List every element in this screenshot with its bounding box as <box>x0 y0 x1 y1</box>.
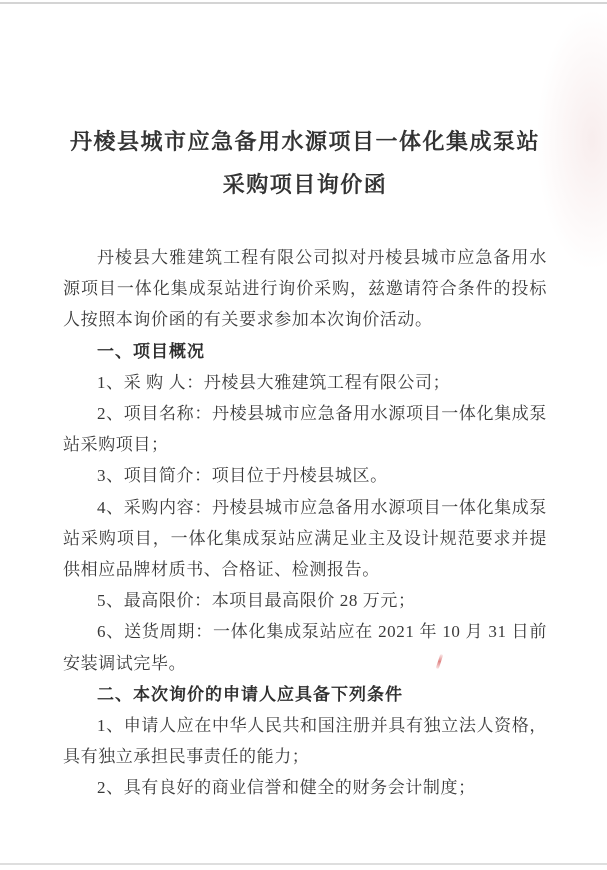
intro-paragraph: 丹棱县大雅建筑工程有限公司拟对丹棱县城市应急备用水源项目一体化集成泵站进行询价采… <box>63 242 547 336</box>
section2-heading: 二、本次询价的申请人应具备下列条件 <box>63 679 547 710</box>
section1-item-purchaser: 1、采 购 人：丹棱县大雅建筑工程有限公司； <box>63 367 547 398</box>
scan-smudge-artifact <box>537 10 607 270</box>
section1-item-project-name: 2、项目名称：丹棱县城市应急备用水源项目一体化集成泵站采购项目； <box>63 398 547 460</box>
section2-item-credit-finance: 2、具有良好的商业信誉和健全的财务会计制度； <box>63 772 547 803</box>
document-content: 丹棱县城市应急备用水源项目一体化集成泵站 采购项目询价函 丹棱县大雅建筑工程有限… <box>63 0 547 804</box>
section1-item-project-intro: 3、项目简介：项目位于丹棱县城区。 <box>63 460 547 491</box>
section1-heading: 一、项目概况 <box>63 336 547 367</box>
scan-edge-bottom <box>0 863 607 865</box>
scanned-document-page: 丹棱县城市应急备用水源项目一体化集成泵站 采购项目询价函 丹棱县大雅建筑工程有限… <box>0 0 607 870</box>
document-title-line1: 丹棱县城市应急备用水源项目一体化集成泵站 <box>63 120 547 163</box>
document-title-line2: 采购项目询价函 <box>63 163 547 206</box>
document-body: 丹棱县大雅建筑工程有限公司拟对丹棱县城市应急备用水源项目一体化集成泵站进行询价采… <box>63 242 547 804</box>
document-title: 丹棱县城市应急备用水源项目一体化集成泵站 采购项目询价函 <box>63 0 547 206</box>
section1-item-procurement-content: 4、采购内容：丹棱县城市应急备用水源项目一体化集成泵站采购项目，一体化集成泵站应… <box>63 492 547 586</box>
section1-item-delivery-period: 6、送货周期：一体化集成泵站应在 2021 年 10 月 31 日前安装调试完毕… <box>63 616 547 678</box>
section2-item-legal-qualification: 1、申请人应在中华人民共和国注册并具有独立法人资格，具有独立承担民事责任的能力； <box>63 710 547 772</box>
section1-item-max-price: 5、最高限价：本项目最高限价 28 万元； <box>63 585 547 616</box>
